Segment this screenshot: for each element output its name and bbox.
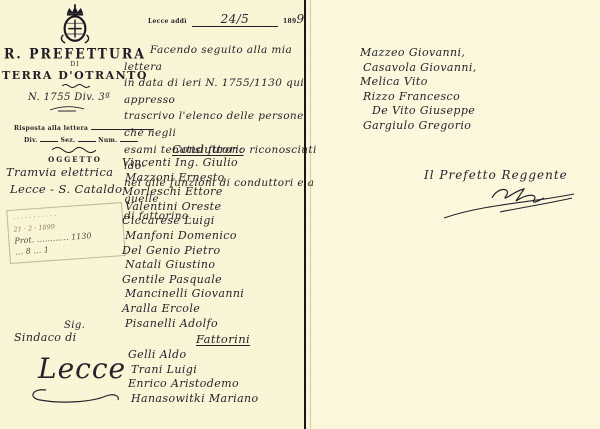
conductor-name: Mazzoni Ernesto [125, 171, 244, 186]
fattorino-name: Gelli Aldo [128, 348, 259, 363]
royal-crest-icon [57, 4, 93, 46]
year-print: 189 [283, 18, 296, 25]
fattorini-heading: Fattorini [196, 332, 250, 346]
field-num-label: Num. [98, 137, 117, 144]
right-name: Gargiulo Gregorio [363, 119, 477, 134]
blank-line [40, 134, 58, 142]
fattorino-name: Trani Luigi [131, 363, 259, 378]
conductor-name: Pisanelli Adolfo [125, 317, 244, 332]
right-names-list: Mazzeo Giovanni, Casavola Giovanni, Meli… [360, 46, 477, 134]
body-line: trascrivo l'elenco delle persone che neg… [124, 108, 324, 141]
letterhead-flourish [62, 83, 90, 89]
conductor-name: Gentile Pasquale [122, 273, 244, 288]
fattorini-list: Gelli Aldo Trani Luigi Enrico Aristodemo… [128, 348, 259, 406]
addressee-role: Sindaco di [14, 331, 77, 344]
conductor-name: Del Genio Pietro [122, 244, 244, 259]
protocol-underline [50, 106, 84, 112]
city-flourish [26, 386, 122, 408]
date-line: Lecce addì 24/5 1899 [148, 8, 304, 27]
right-name: Mazzeo Giovanni, [360, 46, 477, 61]
conductor-name: Mancinelli Giovanni [125, 287, 244, 302]
oggetto-flourish [52, 146, 96, 153]
subject-block: Tramvia elettrica Lecce - S. Cataldo [6, 164, 122, 197]
conductors-list: Vincenti Ing. Giulio Mazzoni Ernesto Mor… [122, 156, 244, 331]
place-label: Lecce addì [148, 18, 187, 25]
conductor-name: Ciccarese Luigi [122, 214, 244, 229]
prefect-signoff: Il Prefetto Reggente [424, 168, 568, 182]
fields-row: Div. Sez. Num. [24, 134, 138, 144]
reply-label: Risposta alla lettera [14, 125, 88, 132]
date-handwritten: 24/5 [192, 12, 278, 27]
conductors-heading: Conduttori: [172, 142, 244, 156]
field-div-label: Div. [24, 137, 38, 144]
conductor-name: Aralla Ercole [122, 302, 244, 317]
year-handwritten: 9 [296, 12, 304, 26]
document-scan: R. PREFETTURA DI TERRA D'OTRANTO N. 1755… [0, 0, 600, 429]
subject-line: Tramvia elettrica [6, 164, 122, 181]
fattorino-name: Enrico Aristodemo [128, 377, 259, 392]
fattorino-name: Hanasowitki Mariano [131, 392, 259, 407]
right-name: Melica Vito [360, 75, 477, 90]
addressee-sig: Sig. [64, 320, 85, 331]
conductor-name: Manfoni Domenico [125, 229, 244, 244]
body-line: Facendo seguito alla mia lettera [124, 42, 324, 75]
addressee-city: Lecce [38, 352, 126, 385]
blank-line [78, 134, 96, 142]
arrival-stamp: · · · · · · · · · · · 21 · 2 · 1899 Prot… [6, 202, 125, 264]
right-name: Rizzo Francesco [363, 90, 477, 105]
prefect-signature [440, 184, 580, 222]
conductor-name: Valentini Oreste [125, 200, 244, 215]
subject-line: Lecce - S. Cataldo [10, 181, 122, 198]
field-sez-label: Sez. [60, 137, 75, 144]
right-name: Casavola Giovanni, [363, 61, 477, 76]
conductor-name: Vincenti Ing. Giulio [122, 156, 244, 171]
conductor-name: Morleschi Ettore [122, 185, 244, 200]
body-line: in data di ieri N. 1755/1130 qui appress… [124, 75, 324, 108]
protocol-number: N. 1755 Div. 3ª [28, 92, 110, 103]
right-name: De Vito Giuseppe [372, 104, 477, 119]
conductor-name: Natali Giustino [125, 258, 244, 273]
